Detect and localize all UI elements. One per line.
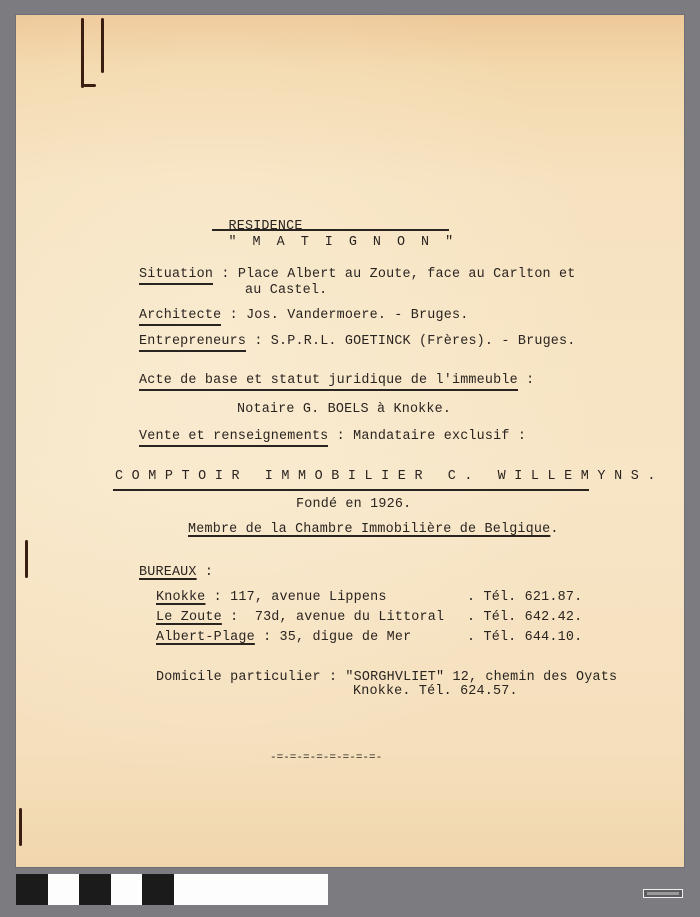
architecte-label: Architecte bbox=[139, 308, 221, 326]
calibration-block-black bbox=[142, 874, 174, 905]
situation-value: : Place Albert au Zoute, face au Carlton… bbox=[213, 267, 575, 282]
architecte-row: Architecte : Jos. Vandermoere. - Bruges. bbox=[139, 308, 468, 324]
office-row: Le Zoute : 73d, avenue du Littoral bbox=[156, 610, 444, 626]
vente-row: Vente et renseignements : Mandataire exc… bbox=[139, 429, 526, 445]
bureaux-suffix: : bbox=[197, 565, 213, 580]
title-prefix: RESIDENCE bbox=[228, 219, 302, 234]
office-address: : 73d, avenue du Littoral bbox=[222, 610, 444, 625]
vente-label: Vente et renseignements bbox=[139, 429, 328, 447]
company-underline bbox=[113, 489, 589, 491]
architecte-value: : Jos. Vandermoere. - Bruges. bbox=[221, 308, 468, 323]
staple-mark-mid-left bbox=[25, 540, 28, 578]
office-address: : 35, digue de Mer bbox=[255, 630, 411, 645]
office-phone: . Tél. 621.87. bbox=[467, 590, 582, 606]
office-city: Le Zoute bbox=[156, 610, 222, 625]
acte-row: Acte de base et statut juridique de l'im… bbox=[139, 373, 534, 389]
bureaux-heading: BUREAUX : bbox=[139, 565, 213, 581]
situation-continuation: au Castel. bbox=[245, 283, 327, 299]
office-phone: . Tél. 642.42. bbox=[467, 610, 582, 626]
staple-mark-top-hook bbox=[82, 84, 96, 87]
title-name: " M A T I G N O N " bbox=[228, 235, 457, 250]
entrepreneurs-row: Entrepreneurs : S.P.R.L. GOETINCK (Frère… bbox=[139, 334, 576, 350]
staple-mark-top-right bbox=[101, 18, 104, 73]
office-city: Albert-Plage bbox=[156, 630, 255, 645]
office-phone: . Tél. 644.10. bbox=[467, 630, 582, 646]
situation-row: Situation : Place Albert au Zoute, face … bbox=[139, 267, 576, 283]
staple-mark-bottom-left bbox=[19, 808, 22, 846]
document-title: RESIDENCE " M A T I G N O N " bbox=[212, 203, 457, 251]
end-separator: -=-=-=-=-=-=-=-=- bbox=[270, 750, 382, 766]
domicile-line-2: Knokke. Tél. 624.57. bbox=[353, 684, 518, 700]
situation-label: Situation bbox=[139, 267, 213, 285]
bureaux-label: BUREAUX bbox=[139, 565, 197, 580]
membership-text: Membre de la Chambre Immobilière de Belg… bbox=[188, 522, 550, 537]
acte-label: Acte de base et statut juridique de l'im… bbox=[139, 373, 518, 391]
acte-suffix: : bbox=[518, 373, 534, 388]
calibration-block-black bbox=[16, 874, 48, 905]
entrepreneurs-value: : S.P.R.L. GOETINCK (Frères). - Bruges. bbox=[246, 334, 575, 349]
membership-row: Membre de la Chambre Immobilière de Belg… bbox=[188, 522, 559, 538]
office-row: Knokke : 117, avenue Lippens bbox=[156, 590, 387, 606]
calibration-block-white bbox=[48, 874, 79, 905]
notaire-text: Notaire G. BOELS à Knokke. bbox=[237, 402, 451, 418]
company-name: COMPTOIR IMMOBILIER C. WILLEMYNS. bbox=[115, 469, 664, 485]
office-city: Knokke bbox=[156, 590, 205, 605]
vente-value: : Mandataire exclusif : bbox=[328, 429, 526, 444]
calibration-block-white-wide bbox=[174, 874, 328, 905]
office-address: : 117, avenue Lippens bbox=[205, 590, 386, 605]
office-row: Albert-Plage : 35, digue de Mer bbox=[156, 630, 411, 646]
entrepreneurs-label: Entrepreneurs bbox=[139, 334, 246, 352]
founded-text: Fondé en 1926. bbox=[296, 497, 411, 513]
membership-suffix: . bbox=[550, 522, 558, 537]
title-underline bbox=[212, 229, 449, 231]
staple-mark-top-left bbox=[81, 18, 84, 88]
archive-label-tag bbox=[643, 889, 683, 898]
calibration-block-black bbox=[79, 874, 111, 905]
calibration-block-white bbox=[111, 874, 142, 905]
